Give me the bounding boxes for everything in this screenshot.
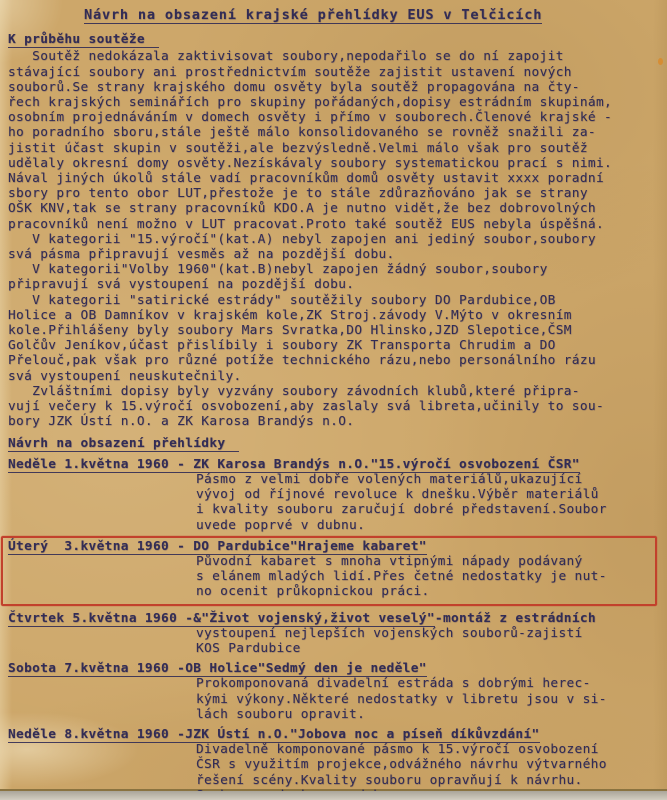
paragraph: V kategorii "satirické estrády" soutěžil… [8, 293, 659, 384]
schedule-entry: Sobota 7.května 1960 -OB Holice"Sedmý de… [8, 661, 659, 722]
paragraph: Zvláštními dopisy byly vyzvány soubory z… [8, 384, 659, 430]
schedule-entry-heading: Sobota 7.května 1960 -OB Holice"Sedmý de… [8, 661, 659, 676]
schedule-entry-heading: Úterý 3.května 1960 - DO Pardubice"Hraje… [8, 539, 651, 554]
page-title-text: Návrh na obsazení krajské přehlídky EUS … [84, 7, 542, 24]
schedule-entry-date-title: Úterý 3.května 1960 - DO Pardubice"Hraje… [8, 539, 427, 555]
page-title: Návrh na obsazení krajské přehlídky EUS … [84, 8, 659, 23]
paper-stain-speck [658, 58, 663, 65]
schedule-entry-date-title: Čtvrtek 5.května 1960 -&"Život vojenský,… [8, 611, 435, 627]
schedule-entry-description: vystoupení nejlepších vojenských souborů… [196, 626, 659, 656]
schedule-entry-description: Původní kabaret s mnoha vtipnými nápady … [196, 554, 651, 600]
schedule-entry-heading: Neděle 1.května 1960 - ZK Karosa Brandýs… [8, 457, 659, 472]
schedule-entry-date-title: Neděle 1.května 1960 - ZK Karosa Brandýs… [8, 457, 580, 473]
section-heading-program: Návrh na obsazení přehlídky [8, 436, 659, 451]
schedule-entry-heading-rest: -montáž z estrádních [435, 611, 596, 626]
schedule-entry-heading: Neděle 8.května 1960 -JZK Ústí n.O."Jobo… [8, 727, 659, 742]
section-heading-program-text: Návrh na obsazení přehlídky [8, 436, 239, 452]
schedule-entry-date-title: Neděle 8.května 1960 -JZK Ústí n.O."Jobo… [8, 727, 540, 743]
schedule-container: Neděle 1.května 1960 - ZK Karosa Brandýs… [8, 457, 659, 800]
schedule-entry-description: Pásmo z velmi dobře volených materiálů,u… [196, 472, 659, 533]
schedule-entry: Čtvrtek 5.května 1960 -&"Život vojenský,… [8, 611, 659, 657]
schedule-entry-description: Prokomponovaná divadelní estráda s dobrý… [196, 676, 659, 722]
schedule-entry: Úterý 3.května 1960 - DO Pardubice"Hraje… [1, 536, 657, 606]
paragraph: V kategorii"Volby 1960"(kat.B)nebyl zapo… [8, 262, 659, 292]
schedule-entry-heading: Čtvrtek 5.května 1960 -&"Život vojenský,… [8, 611, 659, 626]
section-heading-progress-text: K průběhu soutěže [8, 32, 159, 48]
schedule-entry: Neděle 8.května 1960 -JZK Ústí n.O."Jobo… [8, 727, 659, 800]
paragraph: V kategorii "15.výročí"(kat.A) nebyl zap… [8, 232, 659, 262]
paragraphs-container: Soutěž nedokázala zaktivisovat soubory,n… [8, 49, 659, 429]
paragraph: Soutěž nedokázala zaktivisovat soubory,n… [8, 49, 659, 231]
schedule-entry-date-title: Sobota 7.května 1960 -OB Holice"Sedmý de… [8, 661, 427, 677]
section-heading-progress: K průběhu soutěže [8, 32, 659, 47]
photo-background-edge [0, 791, 667, 800]
document-photo: Návrh na obsazení krajské přehlídky EUS … [0, 0, 667, 800]
document-page: Návrh na obsazení krajské přehlídky EUS … [0, 0, 667, 791]
schedule-entry: Neděle 1.května 1960 - ZK Karosa Brandýs… [8, 457, 659, 533]
